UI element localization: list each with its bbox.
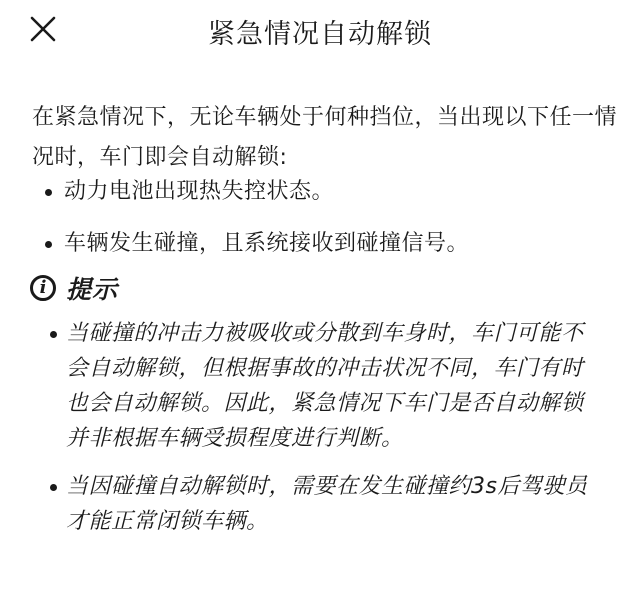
list-item-text: 当因碰撞自动解锁时，需要在发生碰撞约3s后驾驶员才能正常闭锁车辆。 (66, 474, 587, 534)
tip-heading: i 提示 (30, 270, 118, 306)
tip-label: 提示 (66, 270, 118, 306)
list-item-text: 车辆发生碰撞，且系统接收到碰撞信号。 (64, 231, 469, 256)
list-item: 车辆发生碰撞，且系统接收到碰撞信号。 (0, 224, 640, 264)
bullet-icon (50, 484, 57, 491)
bullet-icon (45, 241, 52, 248)
list-item: 当碰撞的冲击力被吸收或分散到车身时，车门可能不会自动解锁，但根据事故的冲击状况不… (0, 316, 640, 456)
bullet-icon (45, 189, 52, 196)
info-icon: i (30, 275, 56, 301)
list-item: 动力电池出现热失控状态。 (0, 172, 640, 212)
page-title: 紧急情况自动解锁 (0, 12, 640, 51)
header-bar: 紧急情况自动解锁 (0, 0, 640, 60)
conditions-list: 动力电池出现热失控状态。 车辆发生碰撞，且系统接收到碰撞信号。 (0, 172, 640, 276)
list-item: 当因碰撞自动解锁时，需要在发生碰撞约3s后驾驶员才能正常闭锁车辆。 (0, 469, 640, 539)
list-item-text: 动力电池出现热失控状态。 (64, 179, 334, 204)
list-item-text: 当碰撞的冲击力被吸收或分散到车身时，车门可能不会自动解锁，但根据事故的冲击状况不… (66, 321, 584, 451)
bullet-icon (50, 331, 57, 338)
tip-list: 当碰撞的冲击力被吸收或分散到车身时，车门可能不会自动解锁，但根据事故的冲击状况不… (0, 316, 640, 552)
intro-paragraph: 在紧急情况下，无论车辆处于何种挡位，当出现以下任一情况时，车门即会自动解锁: (32, 98, 622, 178)
